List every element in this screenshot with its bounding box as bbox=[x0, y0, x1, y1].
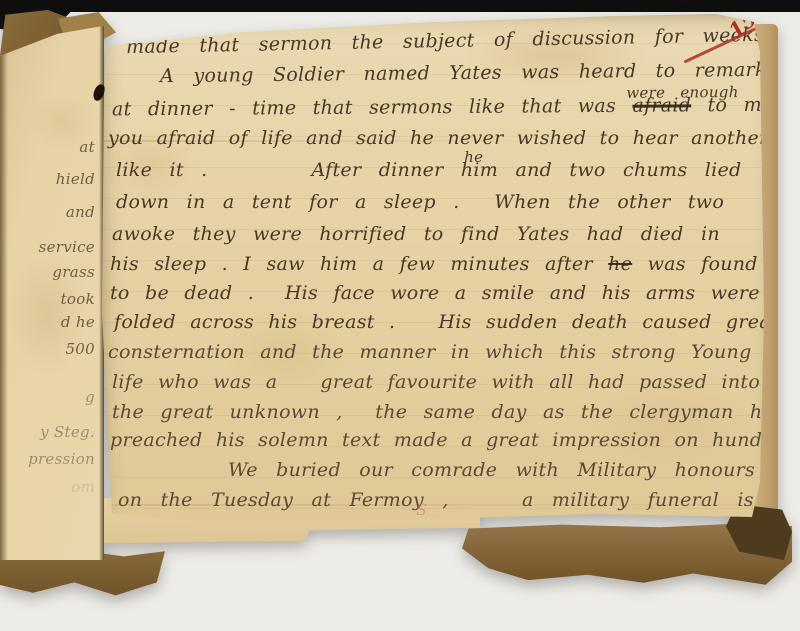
previous-page-edge: at hield and service grass took d he 500… bbox=[0, 12, 104, 560]
left-page-fragment: g bbox=[85, 388, 95, 406]
handwritten-line: We buried our comrade with Military hono… bbox=[228, 459, 755, 481]
handwritten-line: to be dead . His face wore a smile and h… bbox=[110, 282, 760, 304]
struck-out-word: he bbox=[608, 253, 632, 275]
left-page-fragment: took bbox=[61, 290, 95, 308]
handwritten-line: down in a tent for a sleep . When the ot… bbox=[116, 191, 724, 213]
handwritten-line: his sleep . I saw him a few minutes afte… bbox=[110, 253, 758, 275]
left-page-fragment: om bbox=[71, 478, 95, 496]
line-text: his sleep . I saw him a few minutes afte… bbox=[110, 253, 608, 275]
handwritten-line: at dinner - time that sermons like that … bbox=[112, 94, 797, 121]
left-page-fragment: d he bbox=[61, 313, 95, 331]
handwritten-line: life who was a great favourite with all … bbox=[112, 371, 760, 393]
left-page-fragment: and bbox=[66, 203, 95, 221]
handwritten-line: the great unknown , the same day as the … bbox=[112, 401, 787, 423]
left-page-fragment: pression bbox=[28, 450, 95, 468]
left-page-fragment: at bbox=[79, 138, 95, 156]
handwritten-line: you afraid of life and said he never wis… bbox=[108, 127, 768, 149]
handwritten-line: preached his solemn text made a great im… bbox=[110, 429, 800, 451]
left-page-fragment: grass bbox=[52, 263, 95, 281]
handwritten-line: on the Tuesday at Fermoy , a military fu… bbox=[118, 489, 754, 511]
left-page-fragment: y Steg. bbox=[40, 423, 95, 441]
handwritten-line: awoke they were horrified to find Yates … bbox=[112, 223, 720, 245]
left-page-fragment: 500 bbox=[65, 340, 95, 358]
notebook: at hield and service grass took d he 500… bbox=[0, 0, 800, 631]
handwritten-line: consternation and the manner in which th… bbox=[108, 341, 752, 363]
handwritten-line: made that sermon the subject of discussi… bbox=[126, 24, 764, 58]
handwritten-line: like it . After dinner himhe and two chu… bbox=[116, 159, 741, 181]
red-ink-mark: S bbox=[416, 500, 427, 519]
left-page-fragment: service bbox=[39, 238, 95, 256]
line-text: at dinner - time that sermons like that … bbox=[112, 95, 633, 121]
scanned-diary-page: at hield and service grass took d he 500… bbox=[0, 0, 800, 631]
left-page-fragment: hield bbox=[56, 170, 95, 188]
line-text: was found bbox=[632, 253, 758, 275]
line-text: and two chums lied bbox=[498, 159, 741, 181]
line-text: like it . After dinner him bbox=[116, 159, 498, 181]
handwritten-line: folded across his breast . His sudden de… bbox=[114, 311, 779, 333]
diary-page: 15 made that sermon the subject of discu… bbox=[96, 12, 772, 560]
